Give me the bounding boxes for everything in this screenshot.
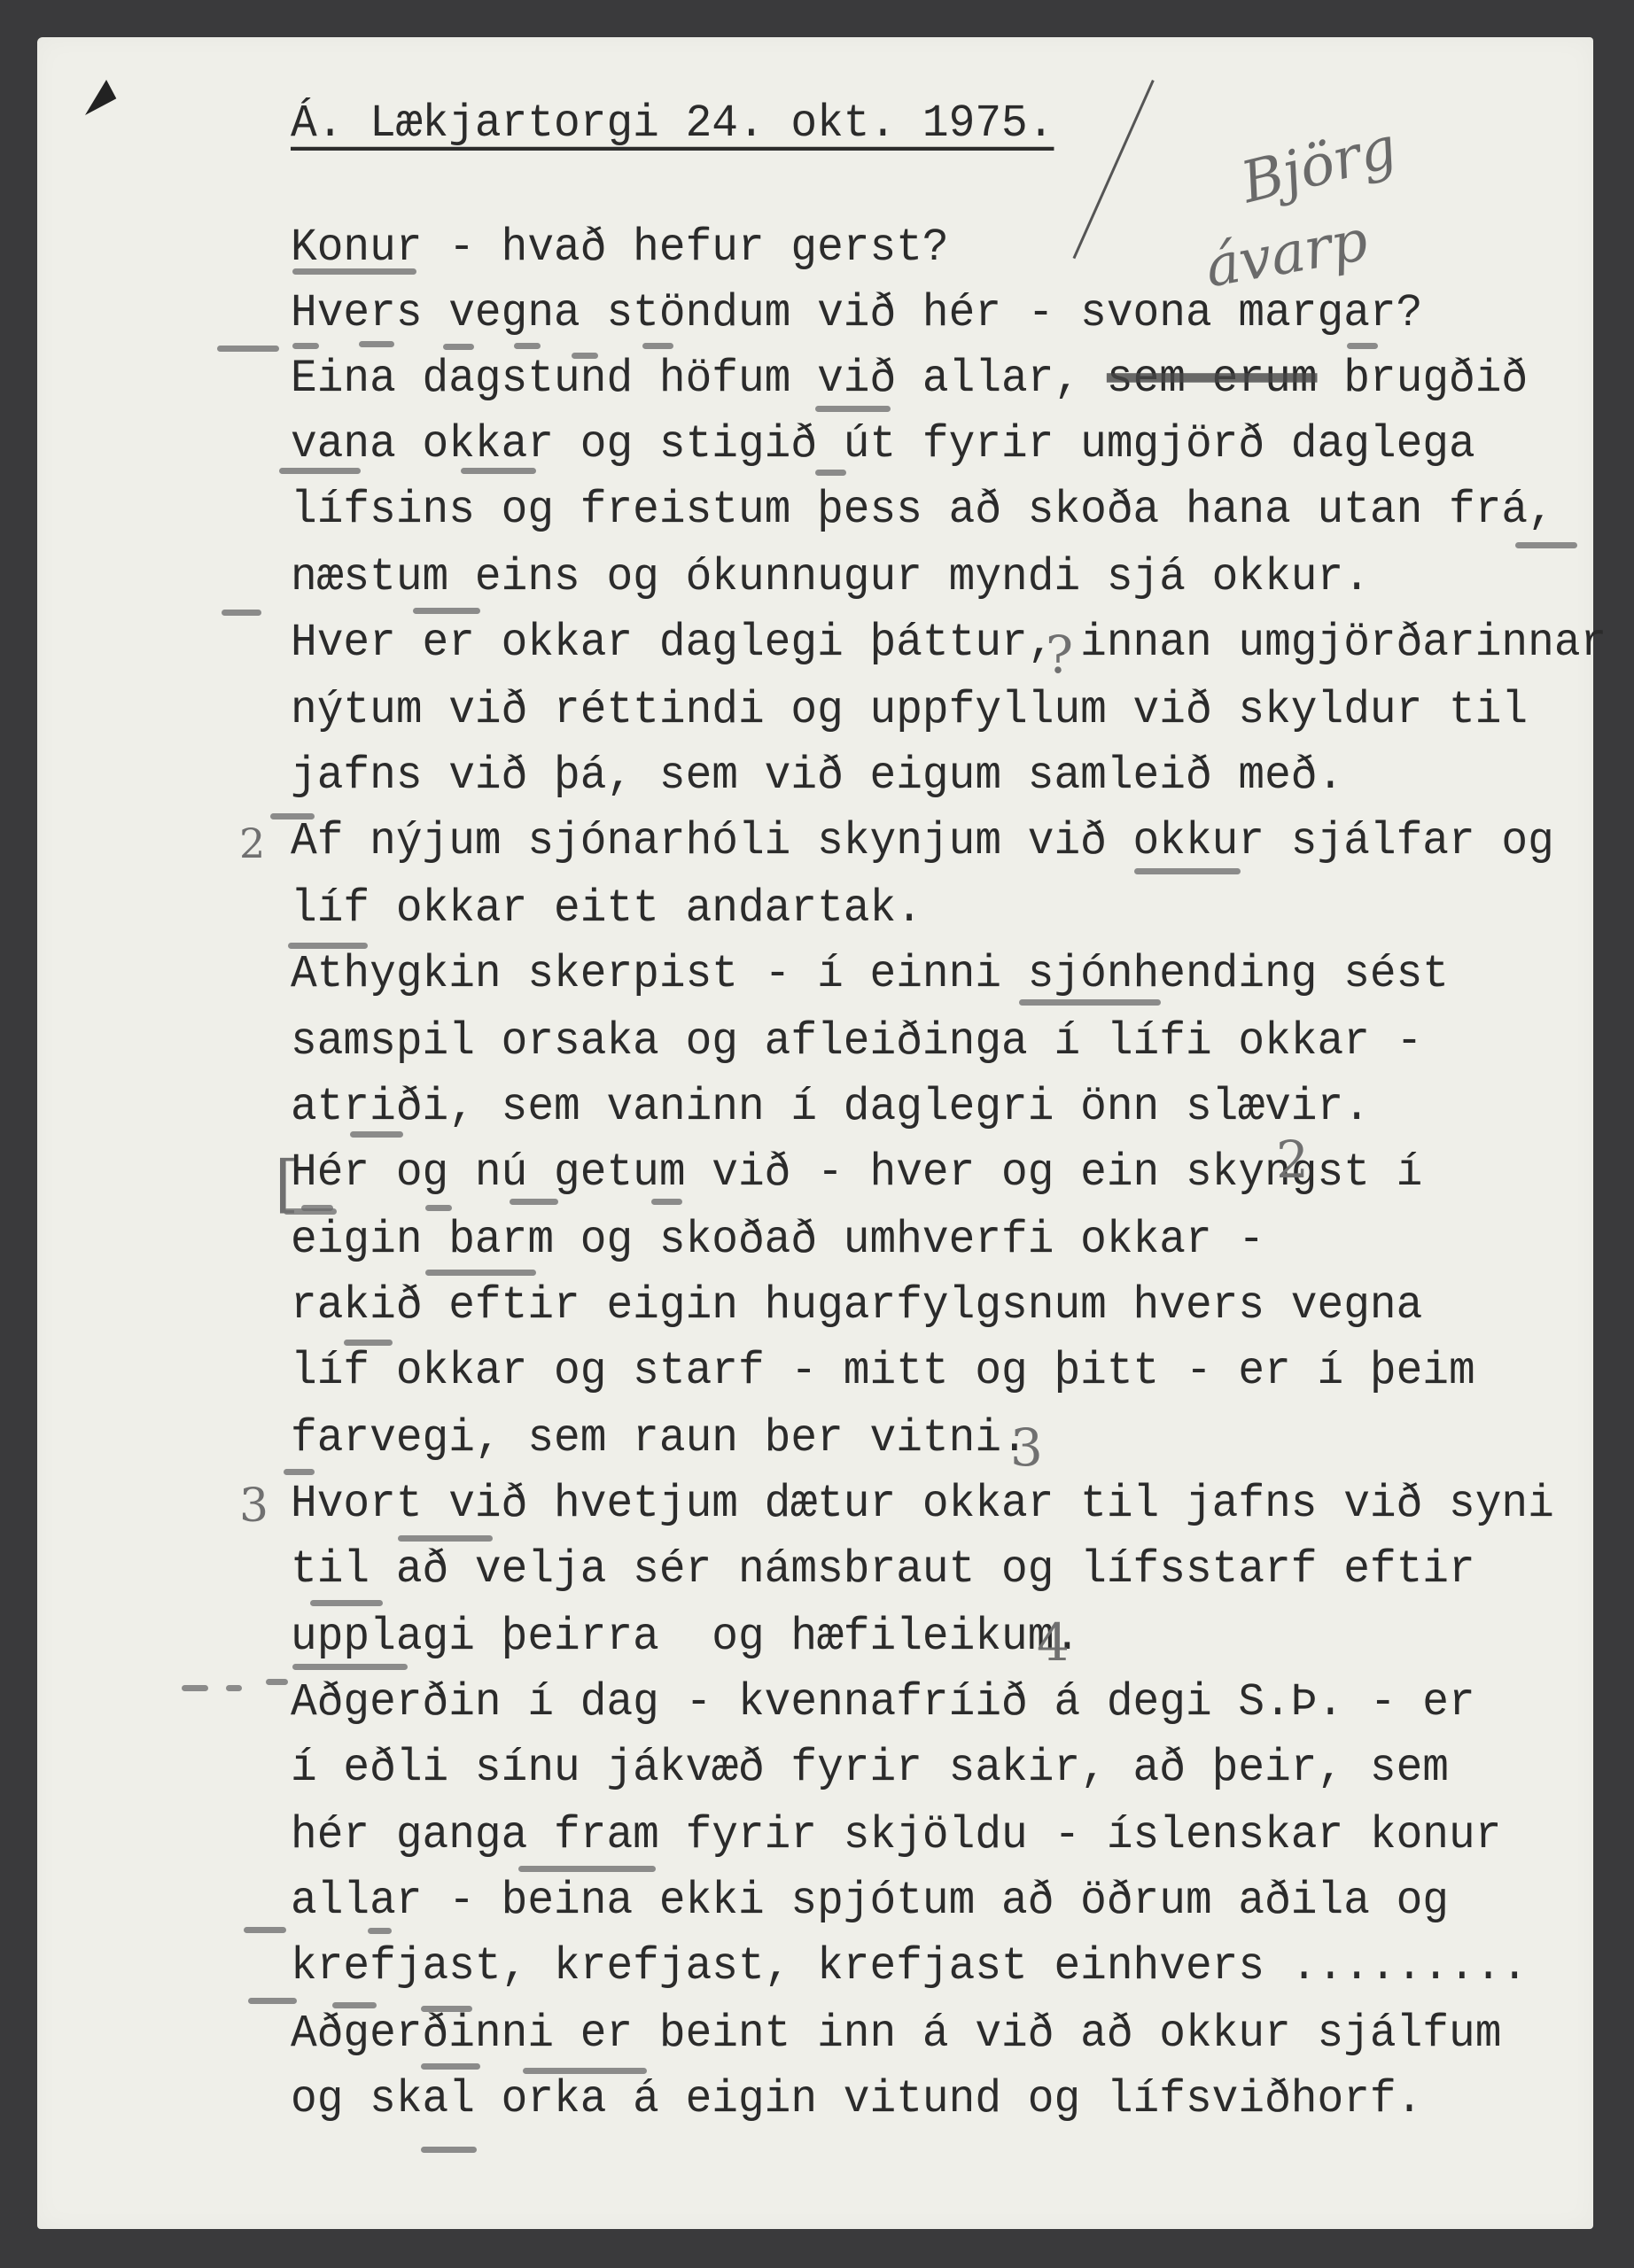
margin-dash bbox=[226, 1685, 242, 1691]
margin-dash bbox=[284, 1469, 315, 1475]
margin-dash bbox=[217, 346, 279, 352]
pencil-underline bbox=[425, 1270, 536, 1276]
text-line: lífsins og freistum þess að skoða hana u… bbox=[291, 482, 1554, 538]
pencil-underline bbox=[518, 1866, 656, 1872]
pencil-underline bbox=[1347, 343, 1378, 349]
numeral-annotation: 4 bbox=[1037, 1612, 1070, 1673]
page-heading: Á. Lækjartorgi 24. okt. 1975. bbox=[291, 96, 1054, 151]
pencil-underline bbox=[510, 1199, 558, 1205]
text-line: Hver er okkar daglegi þáttur, innan umgj… bbox=[291, 615, 1607, 671]
pencil-underline bbox=[292, 343, 319, 349]
pencil-underline bbox=[425, 1205, 452, 1211]
text-line: til að velja sér námsbraut og lífsstarf … bbox=[291, 1542, 1475, 1597]
pencil-underline bbox=[421, 2147, 477, 2153]
pencil-underline bbox=[332, 2002, 377, 2008]
pencil-underline bbox=[344, 1340, 393, 1346]
pencil-underline bbox=[443, 344, 474, 350]
pencil-underline bbox=[1515, 542, 1577, 548]
pencil-underline bbox=[301, 1205, 333, 1211]
pencil-underline bbox=[421, 2063, 480, 2070]
pencil-underline bbox=[279, 468, 361, 474]
struck-out-text: sem erum bbox=[1107, 353, 1318, 405]
text-line: farvegi, sem raun ber vitni. bbox=[291, 1410, 1028, 1466]
text-line: atriði, sem vaninn í daglegri önn slævir… bbox=[291, 1079, 1370, 1135]
text-line: eigin barm og skoðað umhverfi okkar - bbox=[291, 1212, 1264, 1268]
pencil-underline bbox=[413, 608, 480, 614]
text-line: líf okkar eitt andartak. bbox=[291, 881, 922, 936]
text-line: upplagi þeirra og hæfileikum. bbox=[291, 1609, 1080, 1665]
text-line: allar - beina ekki spjótum að öðrum aðil… bbox=[291, 1873, 1449, 1929]
pencil-underline bbox=[523, 2068, 647, 2074]
text-line: samspil orsaka og afleiðinga í lífi okka… bbox=[291, 1014, 1422, 1069]
text-line: vana okkar og stigið út fyrir umgjörð da… bbox=[291, 416, 1475, 472]
text-line: líf okkar og starf - mitt og þitt - er í… bbox=[291, 1343, 1475, 1399]
numeral-annotation: 2 bbox=[1276, 1130, 1309, 1190]
margin-numeral: 3 bbox=[239, 1480, 268, 1533]
margin-dash bbox=[182, 1685, 208, 1691]
pencil-underline bbox=[651, 1199, 682, 1205]
pencil-underline bbox=[244, 1927, 286, 1933]
text-line: Hvort við hvetjum dætur okkar til jafns … bbox=[291, 1476, 1554, 1532]
pencil-underline bbox=[292, 268, 416, 275]
pencil-underline bbox=[642, 343, 673, 349]
text-line: Hvers vegna stöndum við hér - svona marg… bbox=[291, 285, 1422, 341]
pencil-underline bbox=[461, 468, 536, 474]
text-line: næstum eins og ókunnugur myndi sjá okkur… bbox=[291, 549, 1370, 605]
pencil-underline bbox=[514, 343, 541, 349]
pencil-underline bbox=[359, 341, 394, 347]
text-line: rakið eftir eigin hugarfylgsnum hvers ve… bbox=[291, 1278, 1422, 1333]
text-line: Eina dagstund höfum við allar, sem erum … bbox=[291, 351, 1528, 407]
margin-numeral: 2 bbox=[239, 819, 265, 867]
text-line: jafns við þá, sem við eigum samleið með. bbox=[291, 748, 1343, 804]
text-line: Aðgerðinni er beint inn á við að okkur s… bbox=[291, 2006, 1501, 2062]
pencil-underline bbox=[815, 470, 846, 476]
pencil-underline bbox=[815, 406, 891, 412]
pencil-underline bbox=[1134, 868, 1241, 874]
margin-bracket: [ bbox=[275, 1147, 299, 1220]
pencil-underline bbox=[350, 1131, 403, 1138]
margin-dash bbox=[270, 813, 315, 819]
text-line: Hér og nú getum við - hver og ein skyngs… bbox=[291, 1145, 1422, 1200]
text-line: og skal orka á eigin vitund og lífsviðho… bbox=[291, 2071, 1422, 2127]
margin-dash bbox=[222, 610, 261, 616]
question-mark-annotation: ? bbox=[1046, 625, 1073, 685]
pencil-underline bbox=[248, 1998, 297, 2004]
margin-dash bbox=[266, 1679, 288, 1685]
pencil-underline bbox=[288, 943, 368, 949]
text-line: hér ganga fram fyrir skjöldu - íslenskar… bbox=[291, 1807, 1501, 1863]
text-line: Af nýjum sjónarhóli skynjum við okkur sj… bbox=[291, 813, 1554, 869]
pencil-underline bbox=[292, 1664, 408, 1670]
text-line: krefjast, krefjast, krefjast einhvers ..… bbox=[291, 1938, 1528, 1994]
pencil-underline bbox=[398, 1535, 493, 1542]
pencil-underline bbox=[421, 2006, 472, 2012]
text-line: nýtum við réttindi og uppfyllum við skyl… bbox=[291, 682, 1528, 738]
pencil-underline bbox=[310, 1600, 383, 1606]
text-line: í eðli sínu jákvæð fyrir sakir, að þeir,… bbox=[291, 1740, 1449, 1796]
text-line: Konur - hvað hefur gerst? bbox=[291, 220, 949, 276]
text-line: Athygkin skerpist - í einni sjónhending … bbox=[291, 946, 1449, 1002]
pencil-underline bbox=[1019, 999, 1161, 1006]
pencil-underline bbox=[368, 1928, 392, 1934]
pencil-underline bbox=[572, 353, 598, 359]
numeral-annotation: 3 bbox=[1010, 1417, 1043, 1478]
text-line: Aðgerðin í dag - kvennafríið á degi S.Þ.… bbox=[291, 1674, 1475, 1730]
